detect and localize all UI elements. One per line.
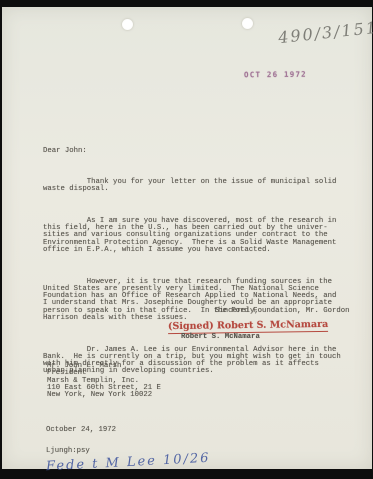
paper-sheet: 490/3/151 OCT 26 1972 Dear John: Thank y… — [2, 7, 372, 469]
letter-date: October 24, 1972 — [46, 427, 116, 434]
punch-hole-right — [242, 18, 253, 29]
letter-paragraph: As I am sure you have discovered, most o… — [43, 218, 363, 254]
letter-salutation: Dear John: — [43, 148, 363, 155]
punch-hole-left — [122, 19, 133, 30]
signature-stamp-red: (Signed) Robert S. McNamara — [168, 319, 328, 334]
letter-paragraph: Thank you for your letter on the issue o… — [43, 179, 363, 194]
letter-closing: Sincerely, — [215, 308, 259, 315]
recipient-address-block: Mr. John L. Marsh President Marsh & Temp… — [47, 363, 161, 399]
archive-reference-handwritten: 490/3/151 — [277, 18, 373, 47]
letter-body: Dear John: Thank you for your letter on … — [43, 133, 363, 400]
letter-paragraph: However, it is true that research fundin… — [43, 279, 363, 323]
typed-signature-name: Robert S. McNamara — [181, 334, 260, 341]
scanned-letter-page: 490/3/151 OCT 26 1972 Dear John: Thank y… — [0, 0, 373, 479]
typist-reference-initials: Ljungh:psy — [46, 448, 90, 455]
received-date-stamp: OCT 26 1972 — [244, 70, 307, 80]
